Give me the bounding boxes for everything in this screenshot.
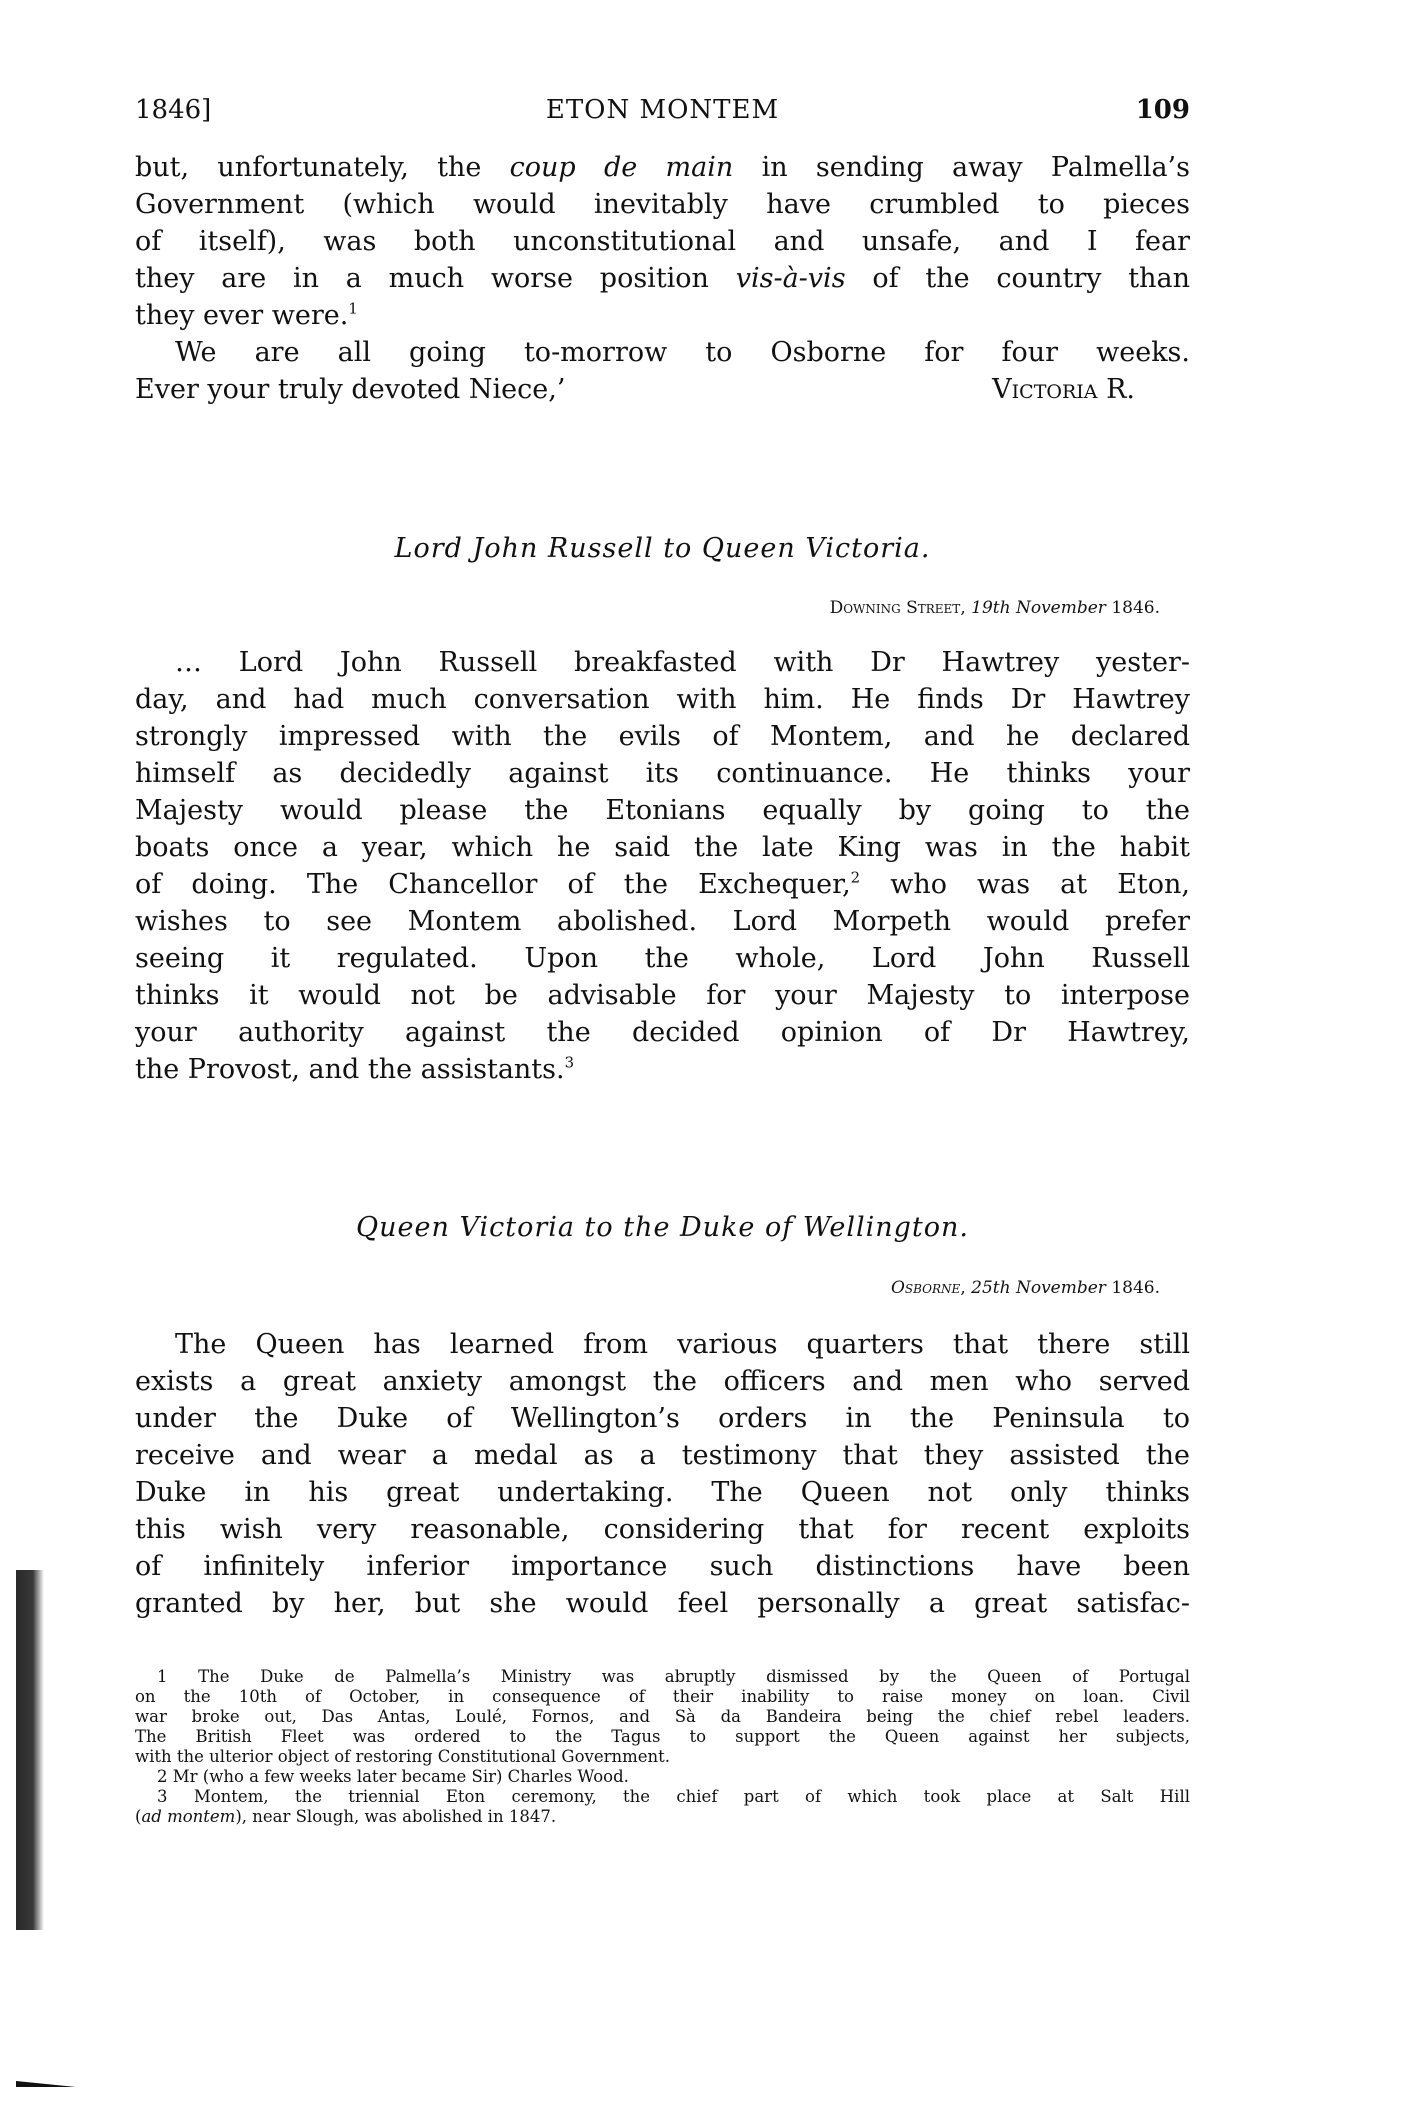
footnote-line: (ad montem), near Slough, was abolished … <box>135 1807 1190 1827</box>
body-line: your authority against the decided opini… <box>135 1015 1190 1051</box>
body-line: seeing it regulated. Upon the whole, Lor… <box>135 941 1190 977</box>
header-title: ETON MONTEM <box>135 92 1190 128</box>
signature: Victoria R. <box>992 372 1135 408</box>
scan-edge-wedge <box>16 2075 76 2087</box>
body-line: of itself), was both unconstitutional an… <box>135 224 1190 260</box>
footnote-1: 1 The Duke de Palmella’s Ministry was ab… <box>135 1667 1190 1687</box>
body-line: wishes to see Montem abolished. Lord Mor… <box>135 904 1190 940</box>
body-line: they ever were.1 <box>135 298 1190 334</box>
body-line: Majesty would please the Etonians equall… <box>135 793 1190 829</box>
body-line: of doing. The Chancellor of the Excheque… <box>135 867 1190 903</box>
body-line: exists a great anxiety amongst the offic… <box>135 1364 1190 1400</box>
letter-heading: Lord John Russell to Queen Victoria. <box>135 531 1190 567</box>
footnote-ref-3: 3 <box>565 1054 574 1072</box>
body-line: boats once a year, which he said the lat… <box>135 830 1190 866</box>
dateline: Downing Street, 19th November 1846. <box>135 596 1160 620</box>
body-line: granted by her, but she would feel perso… <box>135 1586 1190 1622</box>
body-line: thinks it would not be advisable for you… <box>135 978 1190 1014</box>
body-line: Government (which would inevitably have … <box>135 187 1190 223</box>
body-line: … Lord John Russell breakfasted with Dr … <box>135 645 1190 681</box>
body-line: himself as decidedly against its continu… <box>135 756 1190 792</box>
dateline: Osborne, 25th November 1846. <box>135 1276 1160 1300</box>
body-line: receive and wear a medal as a testimony … <box>135 1438 1190 1474</box>
closing: Ever your truly devoted Niece,’ <box>135 374 565 405</box>
footnote-line: The British Fleet was ordered to the Tag… <box>135 1727 1190 1747</box>
footnote-ref-1: 1 <box>348 300 357 318</box>
body-line: day, and had much conversation with him.… <box>135 682 1190 718</box>
footnote-2: 2 Mr (who a few weeks later became Sir) … <box>135 1767 1190 1787</box>
footnote-ref-2: 2 <box>851 869 860 887</box>
page-number: 109 <box>1136 92 1190 128</box>
body-line: but, unfortunately, the coup de main in … <box>135 150 1190 186</box>
body-line: We are all going to-morrow to Osborne fo… <box>135 335 1190 371</box>
footnote-3: 3 Montem, the triennial Eton ceremony, t… <box>135 1787 1190 1807</box>
body-line: under the Duke of Wellington’s orders in… <box>135 1401 1190 1437</box>
body-line: The Queen has learned from various quart… <box>135 1327 1190 1363</box>
footnote-line: with the ulterior object of restoring Co… <box>135 1747 1190 1767</box>
body-line: of infinitely inferior importance such d… <box>135 1549 1190 1585</box>
body-line: this wish very reasonable, considering t… <box>135 1512 1190 1548</box>
body-line: the Provost, and the assistants.3 <box>135 1052 1190 1088</box>
footnote-line: war broke out, Das Antas, Loulé, Fornos,… <box>135 1707 1190 1727</box>
footnote-line: on the 10th of October, in consequence o… <box>135 1687 1190 1707</box>
body-line: they are in a much worse position vis-à-… <box>135 261 1190 297</box>
running-header: 1846] ETON MONTEM 109 <box>135 92 1190 128</box>
body-line: Duke in his great undertaking. The Queen… <box>135 1475 1190 1511</box>
book-page: 1846] ETON MONTEM 109 but, unfortunately… <box>0 0 1413 2113</box>
scan-edge-shadow <box>16 1570 44 1930</box>
letter-heading: Queen Victoria to the Duke of Wellington… <box>135 1210 1190 1246</box>
closing-line: Ever your truly devoted Niece,’ Victoria… <box>135 372 1190 408</box>
body-line: strongly impressed with the evils of Mon… <box>135 719 1190 755</box>
